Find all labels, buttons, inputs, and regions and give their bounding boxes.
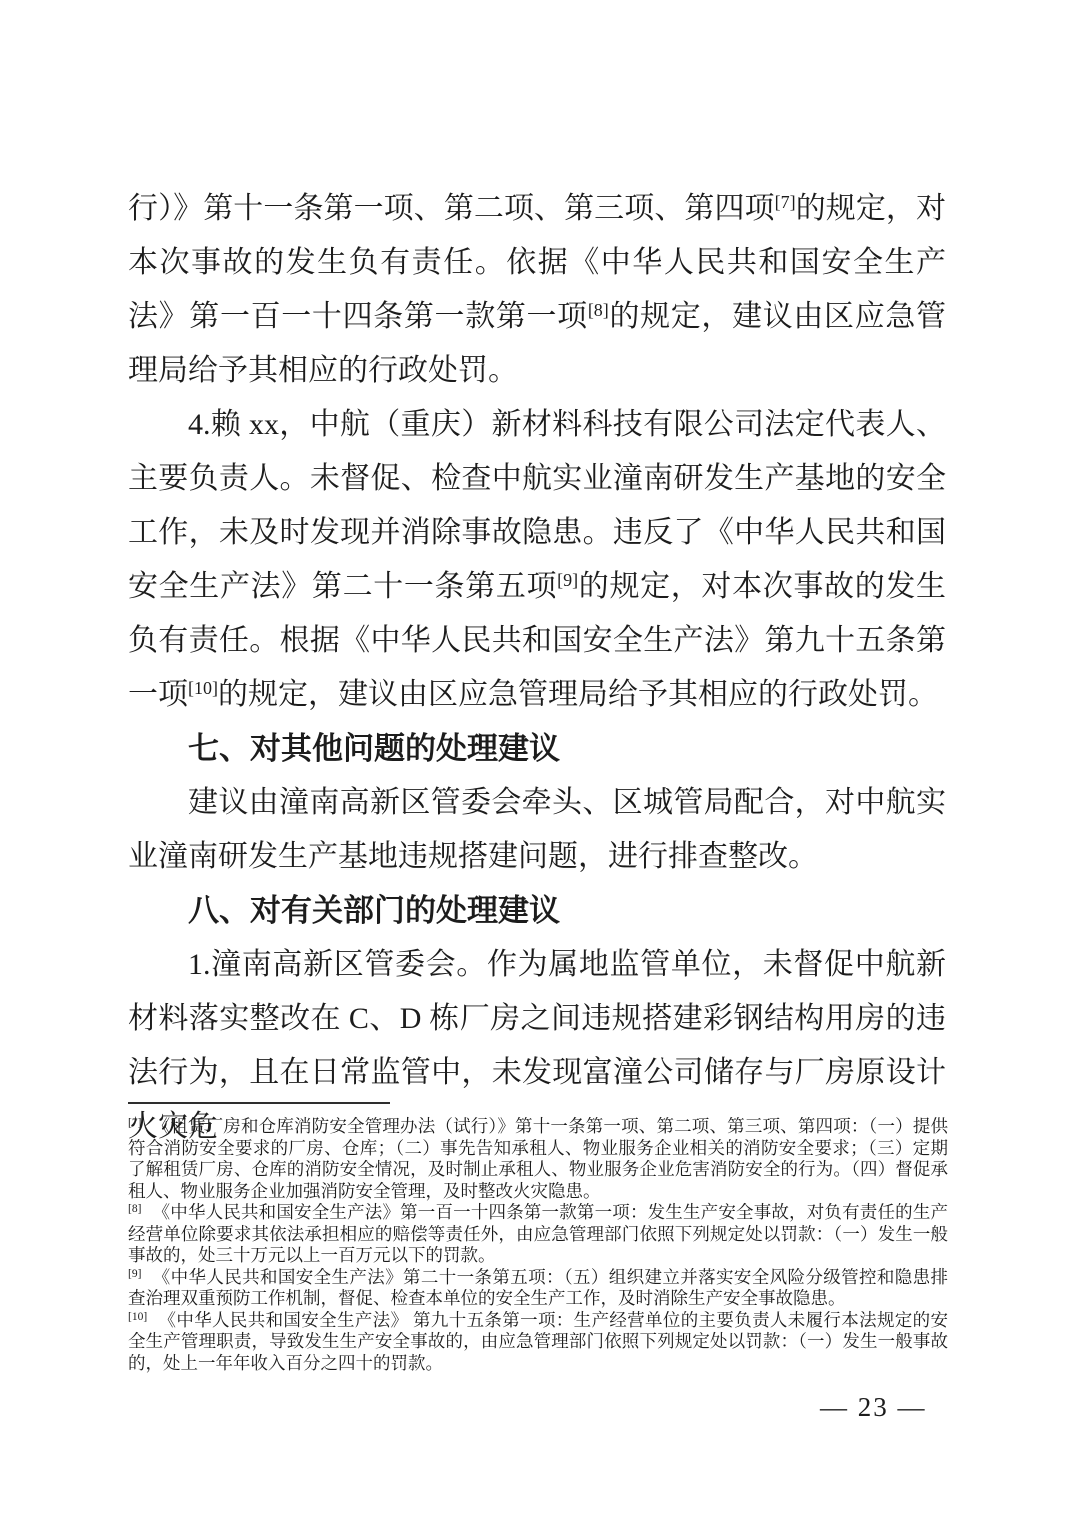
footnote-reference: [10] — [188, 678, 218, 698]
footnote-reference: [7] — [775, 192, 796, 212]
section-heading: 七、对其他问题的处理建议 — [128, 722, 946, 776]
footnote-reference: [8] — [588, 300, 609, 320]
footnote-marker: [10] — [128, 1311, 158, 1323]
footnote-area: [7]《租赁厂房和仓库消防安全管理办法（试行）》第十一条第一项、第二项、第三项、… — [128, 1102, 948, 1374]
footnote: [10]《中华人民共和国安全生产法》 第九十五条第一项：生产经营单位的主要负责人… — [128, 1310, 948, 1375]
page-number: — 23 — — [820, 1392, 927, 1423]
footnote: [7]《租赁厂房和仓库消防安全管理办法（试行）》第十一条第一项、第二项、第三项、… — [128, 1116, 948, 1202]
document-page: 行）》第十一条第一项、第二项、第三项、第四项[7]的规定，对本次事故的发生负有责… — [0, 0, 1074, 1520]
document-body: 行）》第十一条第一项、第二项、第三项、第四项[7]的规定，对本次事故的发生负有责… — [128, 182, 946, 1154]
footnote: [9]《中华人民共和国安全生产法》第二十一条第五项：（五）组织建立并落实安全风险… — [128, 1267, 948, 1310]
footnote-marker: [9] — [128, 1268, 152, 1280]
footnote-separator — [128, 1102, 390, 1104]
footnote-list: [7]《租赁厂房和仓库消防安全管理办法（试行）》第十一条第一项、第二项、第三项、… — [128, 1116, 948, 1374]
footnote-marker: [7] — [128, 1117, 152, 1129]
paragraph: 建议由潼南高新区管委会牵头、区城管局配合，对中航实业潼南研发生产基地违规搭建问题… — [128, 776, 946, 884]
footnote: [8]《中华人民共和国安全生产法》第一百一十四条第一款第一项：发生生产安全事故，… — [128, 1202, 948, 1267]
section-heading: 八、对有关部门的处理建议 — [128, 884, 946, 938]
footnote-reference: [9] — [557, 570, 578, 590]
footnote-marker: [8] — [128, 1203, 152, 1215]
paragraph: 行）》第十一条第一项、第二项、第三项、第四项[7]的规定，对本次事故的发生负有责… — [128, 182, 946, 398]
paragraph: 4.赖 xx，中航（重庆）新材料科技有限公司法定代表人、主要负责人。未督促、检查… — [128, 398, 946, 722]
